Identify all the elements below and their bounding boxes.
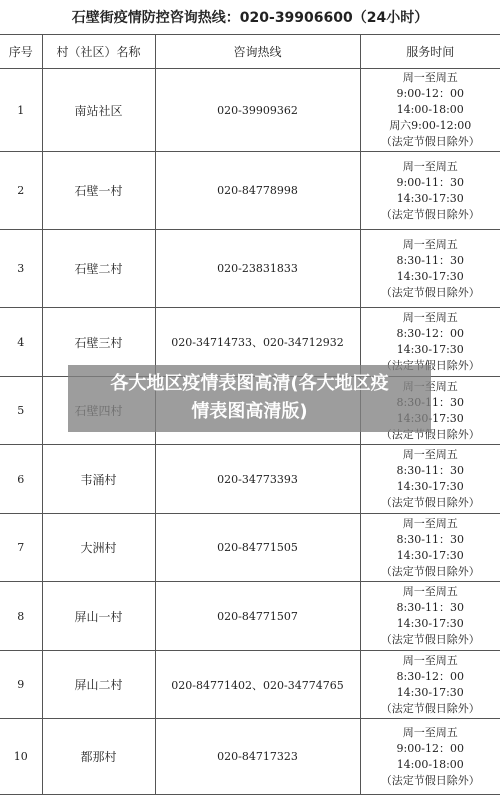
hours-line: 14:30-17:30 bbox=[361, 342, 500, 358]
hours-line: 8:30-11：30 bbox=[361, 253, 500, 269]
row-hours: 周一至周五8:30-11：3014:30-17:30（法定节假日除外） bbox=[360, 582, 500, 651]
hours-line: 9:00-11：30 bbox=[361, 175, 500, 191]
table-row: 8屏山一村020-84771507周一至周五8:30-11：3014:30-17… bbox=[0, 582, 500, 651]
table-row: 9屏山二村020-84771402、020-34774765周一至周五8:30-… bbox=[0, 651, 500, 719]
hours-line: （法定节假日除外） bbox=[361, 495, 500, 511]
hours-line: 14:00-18:00 bbox=[361, 102, 500, 118]
hours-line: 周一至周五 bbox=[361, 584, 500, 600]
hours-line: 9:00-12：00 bbox=[361, 741, 500, 757]
row-name: 屏山一村 bbox=[42, 582, 155, 651]
hours-line: 14:30-17:30 bbox=[361, 191, 500, 207]
hours-line: 14:30-17:30 bbox=[361, 479, 500, 495]
row-hours: 周一至周五9:00-12：0014:00-18:00（法定节假日除外） bbox=[360, 719, 500, 795]
table-row: 3石壁二村020-23831833周一至周五8:30-11：3014:30-17… bbox=[0, 230, 500, 308]
row-name: 石壁二村 bbox=[42, 230, 155, 308]
hours-line: （法定节假日除外） bbox=[361, 773, 500, 789]
row-index: 2 bbox=[0, 152, 42, 230]
row-phone: 020-23831833 bbox=[155, 230, 360, 308]
hours-line: 8:30-11：30 bbox=[361, 463, 500, 479]
row-index: 4 bbox=[0, 308, 42, 377]
row-name: 大洲村 bbox=[42, 514, 155, 582]
hours-line: 周一至周五 bbox=[361, 725, 500, 741]
header-index: 序号 bbox=[0, 35, 42, 69]
row-index: 10 bbox=[0, 719, 42, 795]
row-index: 7 bbox=[0, 514, 42, 582]
row-phone: 020-84717323 bbox=[155, 719, 360, 795]
hours-line: 14:30-17:30 bbox=[361, 269, 500, 285]
hours-line: 周一至周五 bbox=[361, 310, 500, 326]
row-index: 5 bbox=[0, 377, 42, 445]
row-hours: 周一至周五9:00-12：0014:00-18:00周六9:00-12:00（法… bbox=[360, 69, 500, 152]
hours-line: 周一至周五 bbox=[361, 653, 500, 669]
hours-line: 9:00-12：00 bbox=[361, 86, 500, 102]
hours-line: 14:30-17:30 bbox=[361, 685, 500, 701]
watermark-overlay: 各大地区疫情表图高清(各大地区疫 情表图高清版) bbox=[68, 365, 431, 432]
hours-line: （法定节假日除外） bbox=[361, 632, 500, 648]
row-index: 1 bbox=[0, 69, 42, 152]
table-title: 石壁街疫情防控咨询热线：020-39906600（24小时） bbox=[0, 0, 500, 35]
row-phone: 020-84778998 bbox=[155, 152, 360, 230]
hours-line: 14:00-18:00 bbox=[361, 757, 500, 773]
table-row: 2石壁一村020-84778998周一至周五9:00-11：3014:30-17… bbox=[0, 152, 500, 230]
hours-line: 周一至周五 bbox=[361, 70, 500, 86]
row-index: 9 bbox=[0, 651, 42, 719]
hours-line: 14:30-17:30 bbox=[361, 616, 500, 632]
row-hours: 周一至周五8:30-11：3014:30-17:30（法定节假日除外） bbox=[360, 230, 500, 308]
table-row: 1南站社区020-39909362周一至周五9:00-12：0014:00-18… bbox=[0, 69, 500, 152]
row-index: 6 bbox=[0, 445, 42, 514]
title-row: 石壁街疫情防控咨询热线：020-39906600（24小时） bbox=[0, 0, 500, 35]
hours-line: 周一至周五 bbox=[361, 159, 500, 175]
hours-line: 周一至周五 bbox=[361, 516, 500, 532]
hours-line: 周一至周五 bbox=[361, 237, 500, 253]
header-name: 村（社区）名称 bbox=[42, 35, 155, 69]
row-hours: 周一至周五9:00-11：3014:30-17:30（法定节假日除外） bbox=[360, 152, 500, 230]
row-hours: 周一至周五8:30-12：0014:30-17:30（法定节假日除外） bbox=[360, 651, 500, 719]
row-index: 8 bbox=[0, 582, 42, 651]
hours-line: （法定节假日除外） bbox=[361, 207, 500, 223]
row-phone: 020-34773393 bbox=[155, 445, 360, 514]
hours-line: 8:30-11：30 bbox=[361, 532, 500, 548]
row-name: 都那村 bbox=[42, 719, 155, 795]
header-hours: 服务时间 bbox=[360, 35, 500, 69]
row-index: 3 bbox=[0, 230, 42, 308]
row-hours: 周一至周五8:30-11：3014:30-17:30（法定节假日除外） bbox=[360, 445, 500, 514]
hours-line: 周一至周五 bbox=[361, 447, 500, 463]
row-phone: 020-84771402、020-34774765 bbox=[155, 651, 360, 719]
hours-line: （法定节假日除外） bbox=[361, 134, 500, 150]
hours-line: 8:30-12：00 bbox=[361, 669, 500, 685]
row-name: 石壁一村 bbox=[42, 152, 155, 230]
hours-line: 14:30-17:30 bbox=[361, 548, 500, 564]
row-name: 屏山二村 bbox=[42, 651, 155, 719]
hours-line: 8:30-12：00 bbox=[361, 326, 500, 342]
row-phone: 020-84771507 bbox=[155, 582, 360, 651]
overlay-line-2: 情表图高清版) bbox=[68, 398, 431, 426]
hours-line: （法定节假日除外） bbox=[361, 564, 500, 580]
hours-line: 周六9:00-12:00 bbox=[361, 118, 500, 134]
row-name: 韦涌村 bbox=[42, 445, 155, 514]
row-hours: 周一至周五8:30-11：3014:30-17:30（法定节假日除外） bbox=[360, 514, 500, 582]
row-name: 南站社区 bbox=[42, 69, 155, 152]
hours-line: 8:30-11：30 bbox=[361, 600, 500, 616]
table-row: 10都那村020-84717323周一至周五9:00-12：0014:00-18… bbox=[0, 719, 500, 795]
hours-line: （法定节假日除外） bbox=[361, 285, 500, 301]
row-phone: 020-84771505 bbox=[155, 514, 360, 582]
hours-line: （法定节假日除外） bbox=[361, 701, 500, 717]
row-phone: 020-39909362 bbox=[155, 69, 360, 152]
table-row: 6韦涌村020-34773393周一至周五8:30-11：3014:30-17:… bbox=[0, 445, 500, 514]
header-row: 序号 村（社区）名称 咨询热线 服务时间 bbox=[0, 35, 500, 69]
header-phone: 咨询热线 bbox=[155, 35, 360, 69]
table-row: 7大洲村020-84771505周一至周五8:30-11：3014:30-17:… bbox=[0, 514, 500, 582]
overlay-line-1: 各大地区疫情表图高清(各大地区疫 bbox=[68, 370, 431, 398]
